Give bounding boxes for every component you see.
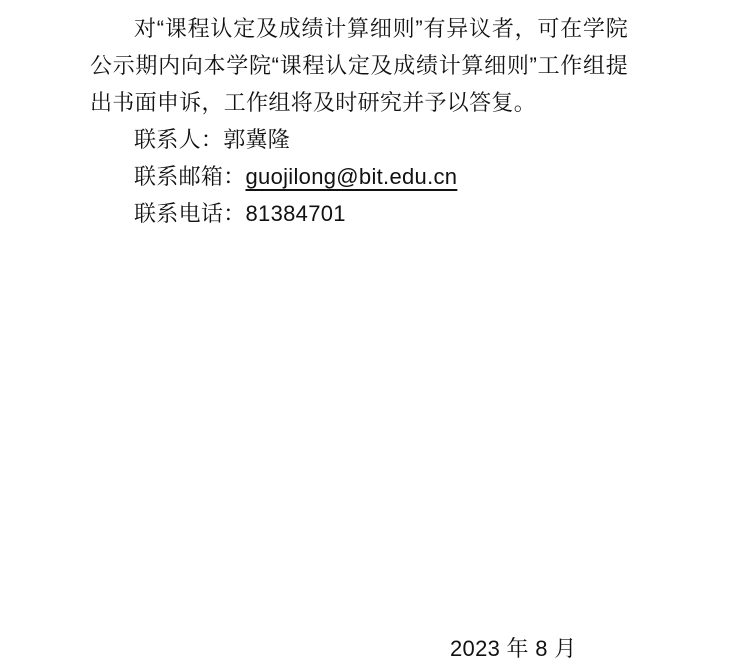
contact-phone-label: 联系电话： <box>134 201 246 226</box>
contact-phone-value: 81384701 <box>246 201 346 226</box>
document-date: 2023 年 8 月 <box>450 630 577 667</box>
document-page: 对“课程认定及成绩计算细则”有异议者，可在学院公示期内向本学院“课程认定及成绩计… <box>0 0 733 667</box>
contact-person-value: 郭冀隆 <box>223 127 290 152</box>
contact-person-label: 联系人： <box>134 127 223 152</box>
appeal-paragraph: 对“课程认定及成绩计算细则”有异议者，可在学院公示期内向本学院“课程认定及成绩计… <box>90 10 628 121</box>
document-body: 对“课程认定及成绩计算细则”有异议者，可在学院公示期内向本学院“课程认定及成绩计… <box>90 10 628 232</box>
contact-email-link[interactable]: guojilong@bit.edu.cn <box>246 164 458 189</box>
contact-email-label: 联系邮箱： <box>134 164 246 189</box>
contact-person-line: 联系人：郭冀隆 <box>90 121 628 158</box>
contact-email-line: 联系邮箱：guojilong@bit.edu.cn <box>90 158 628 195</box>
contact-phone-line: 联系电话：81384701 <box>90 195 628 232</box>
